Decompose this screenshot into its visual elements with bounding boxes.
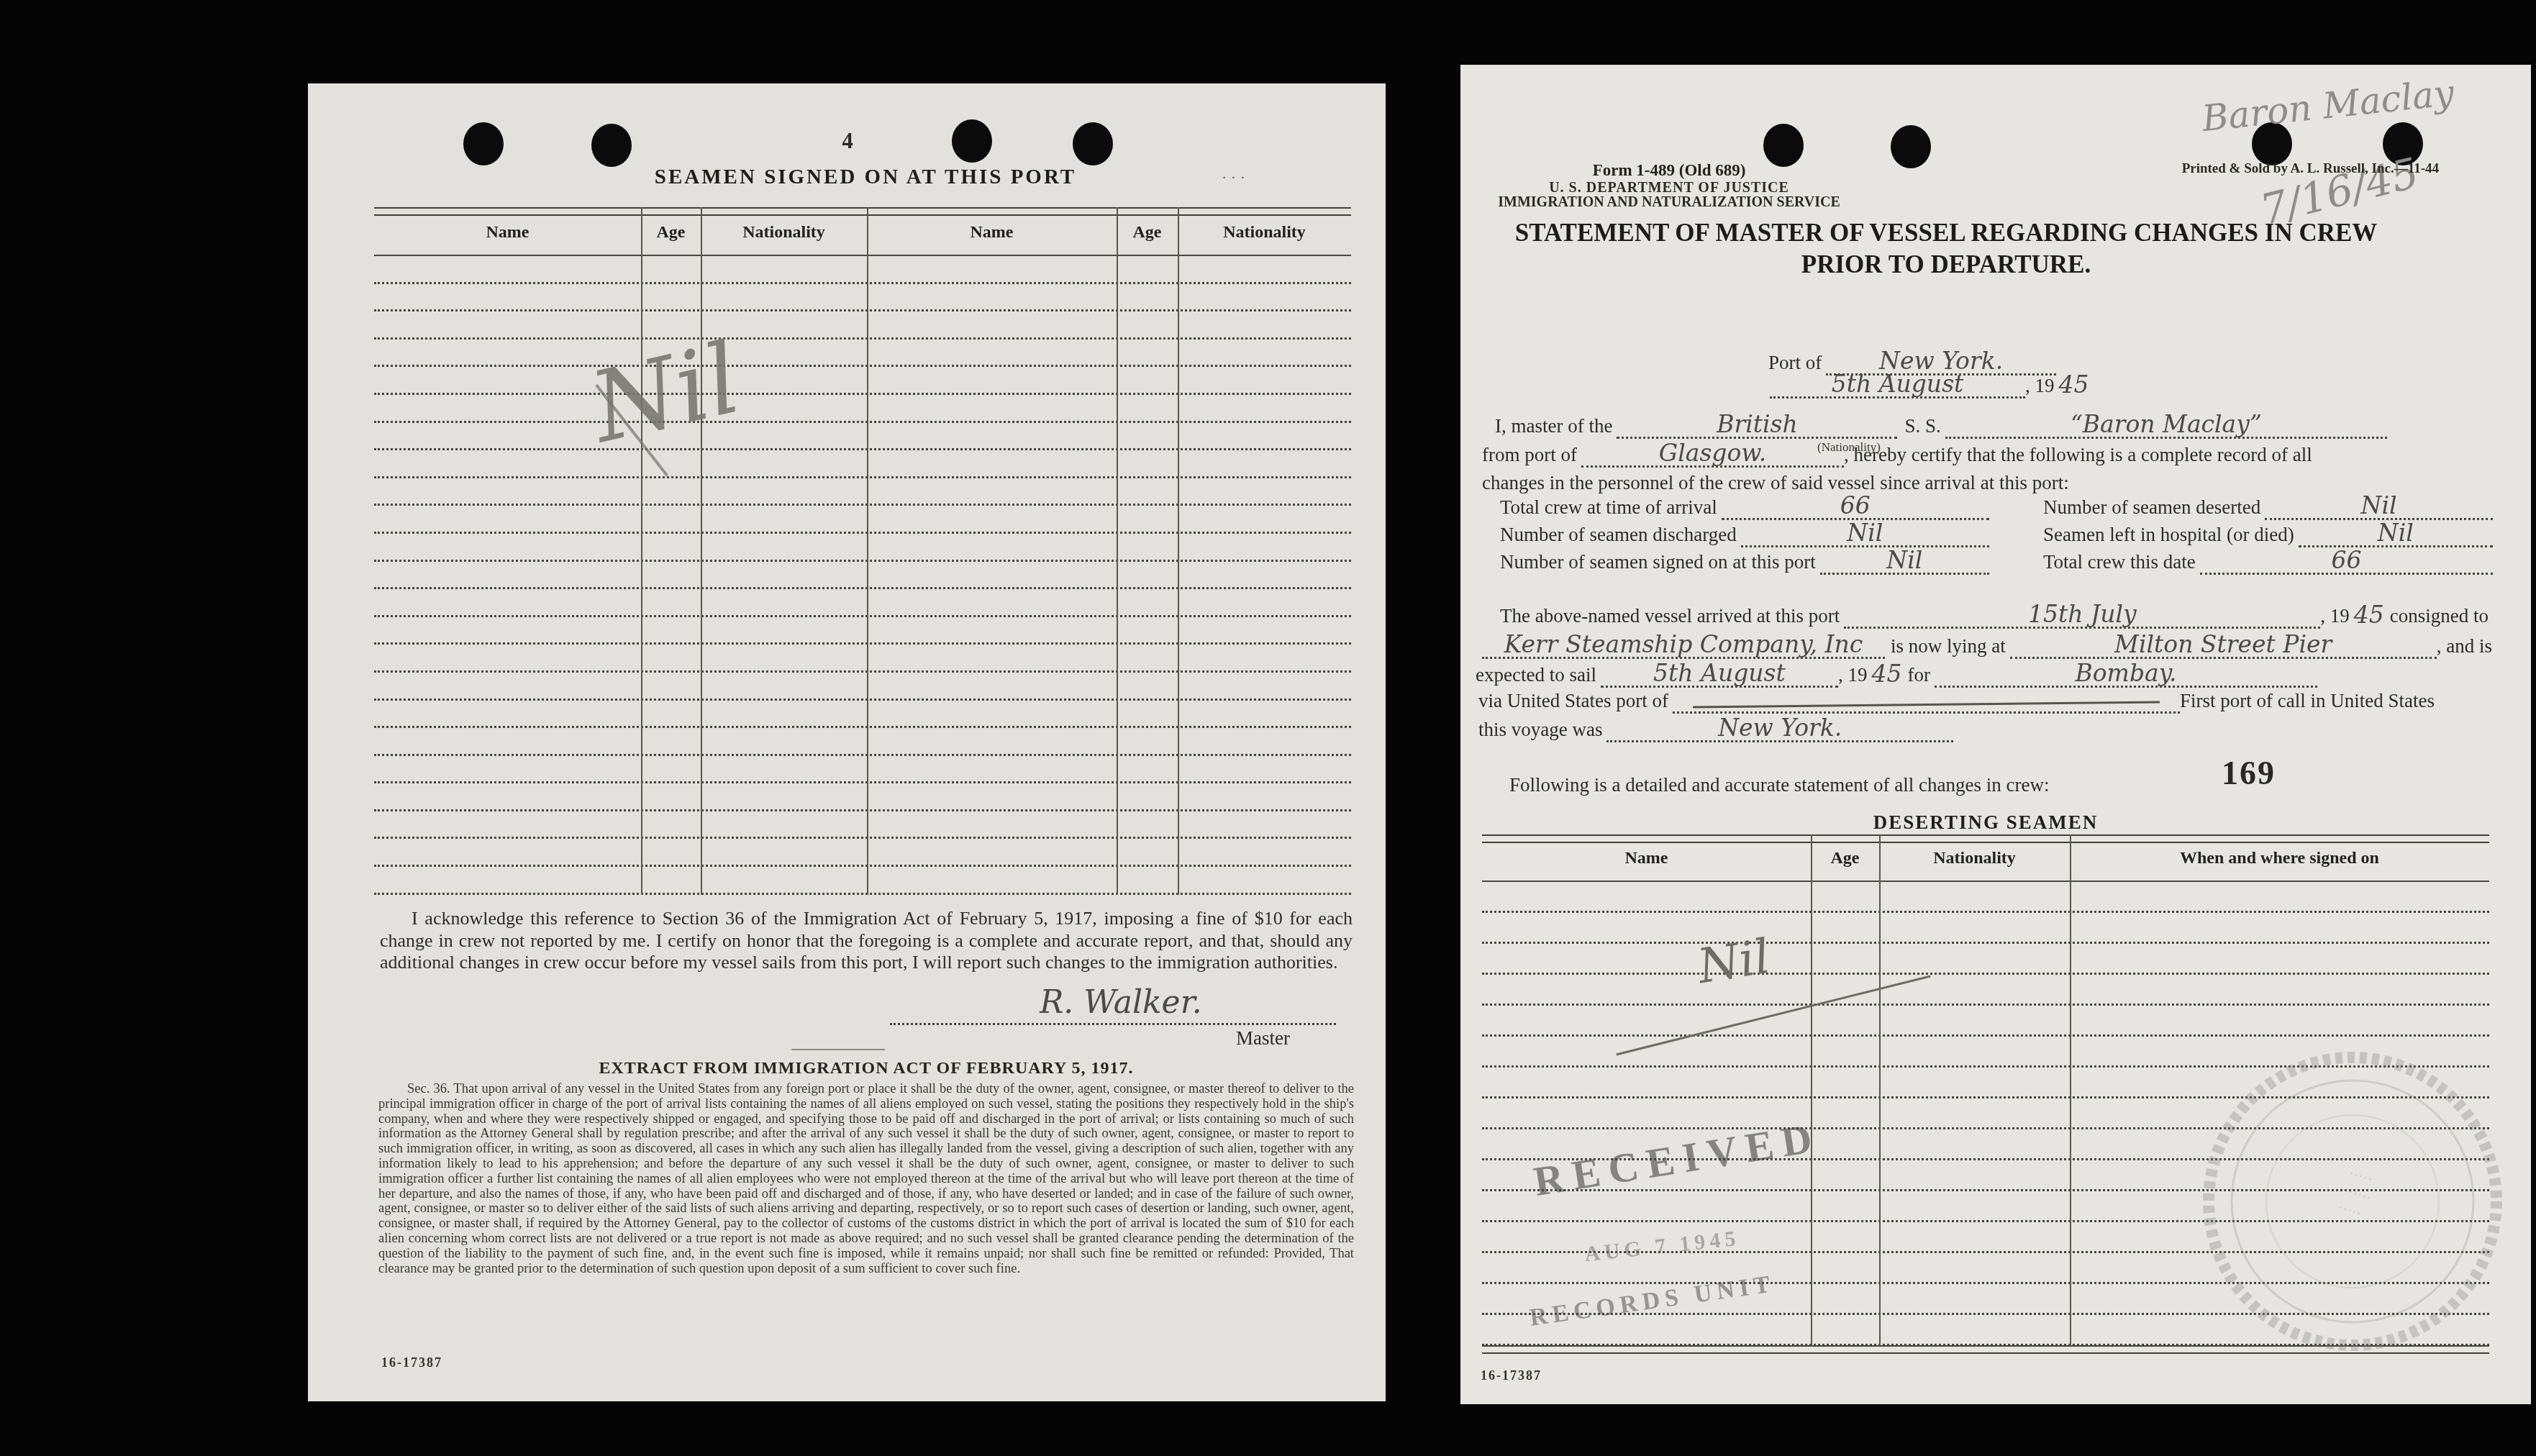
deserting-seamen-heading: DESERTING SEAMEN bbox=[1482, 811, 2489, 834]
punch-hole bbox=[1891, 125, 1931, 168]
punch-hole bbox=[952, 119, 992, 163]
stat-blank-line: Nil bbox=[1820, 547, 1989, 575]
stat-label: Seamen left in hospital (or died) bbox=[2043, 524, 2299, 547]
stat-total-arrival: Total crew at time of arrival 66 bbox=[1500, 493, 1989, 520]
handwritten-year: 45 bbox=[2354, 601, 2390, 629]
table-row bbox=[374, 534, 1351, 562]
extract-heading: EXTRACT FROM IMMIGRATION ACT OF FEBRUARY… bbox=[378, 1059, 1354, 1078]
master-label: I, master of the bbox=[1495, 415, 1617, 439]
scanned-document: 4 SEAMEN SIGNED ON AT THIS PORT · · · Na… bbox=[0, 0, 2536, 1456]
voyage-blank-line: New York. bbox=[1606, 711, 1953, 742]
table-row bbox=[374, 506, 1351, 534]
stat-blank-line: 66 bbox=[2200, 547, 2493, 575]
column-header-name: Name bbox=[867, 223, 1117, 242]
consignee-blank-line: Kerr Steamship Company, Inc bbox=[1482, 627, 1885, 659]
column-header-signed-on: When and where signed on bbox=[2070, 849, 2489, 868]
acknowledgment-paragraph: I acknowledge this reference to Section … bbox=[380, 908, 1353, 974]
handwritten-stat-value: Nil bbox=[1886, 546, 1922, 574]
table-row bbox=[374, 839, 1351, 867]
table-row bbox=[374, 645, 1351, 673]
following-statement: Following is a detailed and accurate sta… bbox=[1509, 774, 2049, 796]
table-row bbox=[374, 701, 1351, 729]
handwritten-nationality: British bbox=[1717, 410, 1798, 438]
table-row bbox=[374, 867, 1351, 895]
column-header-name: Name bbox=[374, 223, 641, 242]
and-is-label: , and is bbox=[2437, 635, 2496, 659]
signature-line bbox=[890, 997, 1336, 1025]
pen-stroke bbox=[1693, 701, 2160, 709]
column-header-age: Age bbox=[1117, 223, 1178, 242]
table-row bbox=[374, 589, 1351, 617]
left-page-title: SEAMEN SIGNED ON AT THIS PORT bbox=[524, 165, 1207, 189]
stat-label: Total crew this date bbox=[2043, 551, 2200, 575]
form-title-line2: PRIOR TO DEPARTURE. bbox=[1500, 250, 2392, 279]
column-header-age: Age bbox=[1811, 849, 1879, 868]
via-field: via United States port of First port of … bbox=[1478, 682, 2439, 714]
table-row bbox=[374, 450, 1351, 478]
column-divider bbox=[867, 207, 868, 895]
table-top-rule bbox=[1482, 834, 2489, 843]
extract-body: Sec. 36. That upon arrival of any vessel… bbox=[378, 1082, 1354, 1276]
scan-dots-mark: · · · bbox=[1222, 168, 1245, 187]
master-field: I, master of the British S. S. “Baron Ma… bbox=[1495, 409, 2387, 439]
form-code: 16-17387 bbox=[381, 1355, 442, 1370]
table-row bbox=[374, 284, 1351, 312]
table-row bbox=[1482, 913, 2489, 944]
handwritten-stat-value: Nil bbox=[1847, 519, 1883, 547]
vessel-blank-line: “Baron Maclay” bbox=[1945, 409, 2387, 439]
table-row bbox=[374, 756, 1351, 784]
certify-text-line2: changes in the personnel of the crew of … bbox=[1482, 472, 2069, 494]
handwritten-stat-value: Nil bbox=[2361, 491, 2397, 519]
table-row bbox=[374, 673, 1351, 701]
form-code: 16-17387 bbox=[1481, 1368, 1542, 1383]
voyage-label: this voyage was bbox=[1478, 719, 1606, 742]
handwritten-year: 45 bbox=[2059, 370, 2089, 399]
table-row bbox=[374, 562, 1351, 590]
printer-credit: Printed & Sold by A. L. Russell, Inc.—11… bbox=[2173, 161, 2439, 177]
from-port-blank-line: Glasgow. bbox=[1581, 437, 1844, 468]
stat-deserted: Number of seamen deserted Nil bbox=[2043, 493, 2493, 520]
table-top-rule bbox=[374, 207, 1351, 216]
table-row bbox=[1482, 1006, 2489, 1037]
stat-total-date: Total crew this date 66 bbox=[2043, 547, 2493, 575]
column-divider bbox=[641, 207, 642, 895]
form-number: Form 1-489 (Old 689) bbox=[1518, 161, 1820, 180]
signature-role-label: Master bbox=[1236, 1027, 1290, 1050]
signed-on-table bbox=[374, 256, 1351, 895]
stat-blank-line: Nil bbox=[1741, 520, 1989, 547]
stamped-page-number: 169 bbox=[2222, 754, 2276, 792]
column-divider bbox=[1117, 207, 1118, 895]
right-page: Baron Maclay 7/16/45 Form 1-489 (Old 689… bbox=[1460, 65, 2531, 1404]
stat-discharged: Number of seamen discharged Nil bbox=[1500, 520, 1989, 547]
consigned-to-label: consigned to bbox=[2390, 605, 2493, 629]
column-divider bbox=[1879, 834, 1881, 1347]
stat-label: Total crew at time of arrival bbox=[1500, 496, 1722, 520]
table-row bbox=[374, 423, 1351, 451]
stat-label: Number of seamen deserted bbox=[2043, 496, 2265, 520]
handwritten-pier: Milton Street Pier bbox=[2114, 630, 2332, 658]
table-row bbox=[374, 811, 1351, 840]
punch-hole bbox=[1073, 122, 1113, 165]
table-row bbox=[374, 367, 1351, 395]
handwritten-from-port: Glasgow. bbox=[1659, 439, 1766, 467]
handwritten-stat-value: 66 bbox=[2331, 546, 2361, 574]
certify-text: , hereby certify that the following is a… bbox=[1844, 444, 2317, 468]
column-divider bbox=[2070, 834, 2071, 1347]
left-page: 4 SEAMEN SIGNED ON AT THIS PORT · · · Na… bbox=[308, 83, 1386, 1401]
table-row bbox=[374, 311, 1351, 340]
table-row bbox=[374, 783, 1351, 811]
via-blank-line bbox=[1673, 682, 2180, 714]
date-blank-line: 5th August bbox=[1770, 367, 2025, 399]
form-title-line1: STATEMENT OF MASTER OF VESSEL REGARDING … bbox=[1500, 219, 2392, 247]
arrival-label: The above-named vessel arrived at this p… bbox=[1500, 605, 1844, 629]
date-field: 5th August , 19 45 bbox=[1770, 367, 2122, 399]
stat-label: Number of seamen signed on at this port bbox=[1500, 551, 1820, 575]
first-port-text: First port of call in United States bbox=[2180, 690, 2439, 714]
handwritten-arrival-date: 15th July bbox=[2028, 600, 2137, 628]
table-row bbox=[1482, 944, 2489, 975]
punch-hole bbox=[1763, 124, 1804, 167]
column-header-nationality: Nationality bbox=[1178, 223, 1351, 242]
column-divider bbox=[701, 207, 702, 895]
ss-label: S. S. bbox=[1897, 415, 1945, 439]
handwritten-date: 5th August bbox=[1832, 370, 1964, 398]
stat-label: Number of seamen discharged bbox=[1500, 524, 1741, 547]
stat-blank-line: 66 bbox=[1722, 493, 1989, 520]
handwritten-stat-value: Nil bbox=[2378, 519, 2414, 547]
table-row bbox=[374, 478, 1351, 506]
column-header-nationality: Nationality bbox=[701, 223, 867, 242]
stat-signed-on: Number of seamen signed on at this port … bbox=[1500, 547, 1989, 575]
printed-year-prefix: , 19 bbox=[2320, 605, 2354, 629]
table-row bbox=[1482, 882, 2489, 913]
agency-service: IMMIGRATION AND NATURALIZATION SERVICE bbox=[1460, 194, 1878, 211]
separator-mark bbox=[791, 1049, 885, 1050]
table-row bbox=[374, 617, 1351, 645]
punch-hole bbox=[463, 122, 504, 165]
handwritten-stat-value: 66 bbox=[1840, 491, 1871, 519]
lying-at-blank-line: Milton Street Pier bbox=[2010, 627, 2437, 659]
printed-year-prefix: , 19 bbox=[2025, 375, 2059, 399]
handwritten-vessel-name: “Baron Maclay” bbox=[2071, 410, 2262, 438]
arrival-field: The above-named vessel arrived at this p… bbox=[1500, 597, 2493, 629]
table-row bbox=[374, 728, 1351, 756]
column-divider bbox=[1178, 207, 1179, 895]
from-port-field: from port of Glasgow. , hereby certify t… bbox=[1482, 437, 2511, 468]
column-header-nationality: Nationality bbox=[1879, 849, 2070, 868]
nationality-blank-line: British bbox=[1617, 409, 1897, 439]
handwritten-nil-entry: Nil bbox=[1694, 929, 1774, 995]
column-divider bbox=[1811, 834, 1812, 1347]
column-header-age: Age bbox=[641, 223, 701, 242]
table-row bbox=[374, 256, 1351, 284]
table-row bbox=[1482, 975, 2489, 1006]
ins-circular-stamp: ····· ······· ····· bbox=[2194, 1043, 2511, 1360]
from-port-label: from port of bbox=[1482, 444, 1581, 468]
stat-hospital: Seamen left in hospital (or died) Nil bbox=[2043, 520, 2493, 547]
consignee-field: Kerr Steamship Company, Inc is now lying… bbox=[1482, 627, 2496, 659]
voyage-field: this voyage was New York. bbox=[1478, 711, 1953, 742]
handwritten-consignee: Kerr Steamship Company, Inc bbox=[1504, 630, 1863, 658]
handwritten-voyage-port: New York. bbox=[1718, 714, 1842, 742]
table-row bbox=[374, 395, 1351, 423]
stat-blank-line: Nil bbox=[2299, 520, 2493, 547]
page-number: 4 bbox=[812, 128, 883, 154]
punch-hole bbox=[591, 124, 632, 167]
table-row bbox=[374, 340, 1351, 368]
stat-blank-line: Nil bbox=[2265, 493, 2493, 520]
column-header-name: Name bbox=[1482, 849, 1811, 868]
arrival-blank-line: 15th July bbox=[1844, 597, 2320, 629]
